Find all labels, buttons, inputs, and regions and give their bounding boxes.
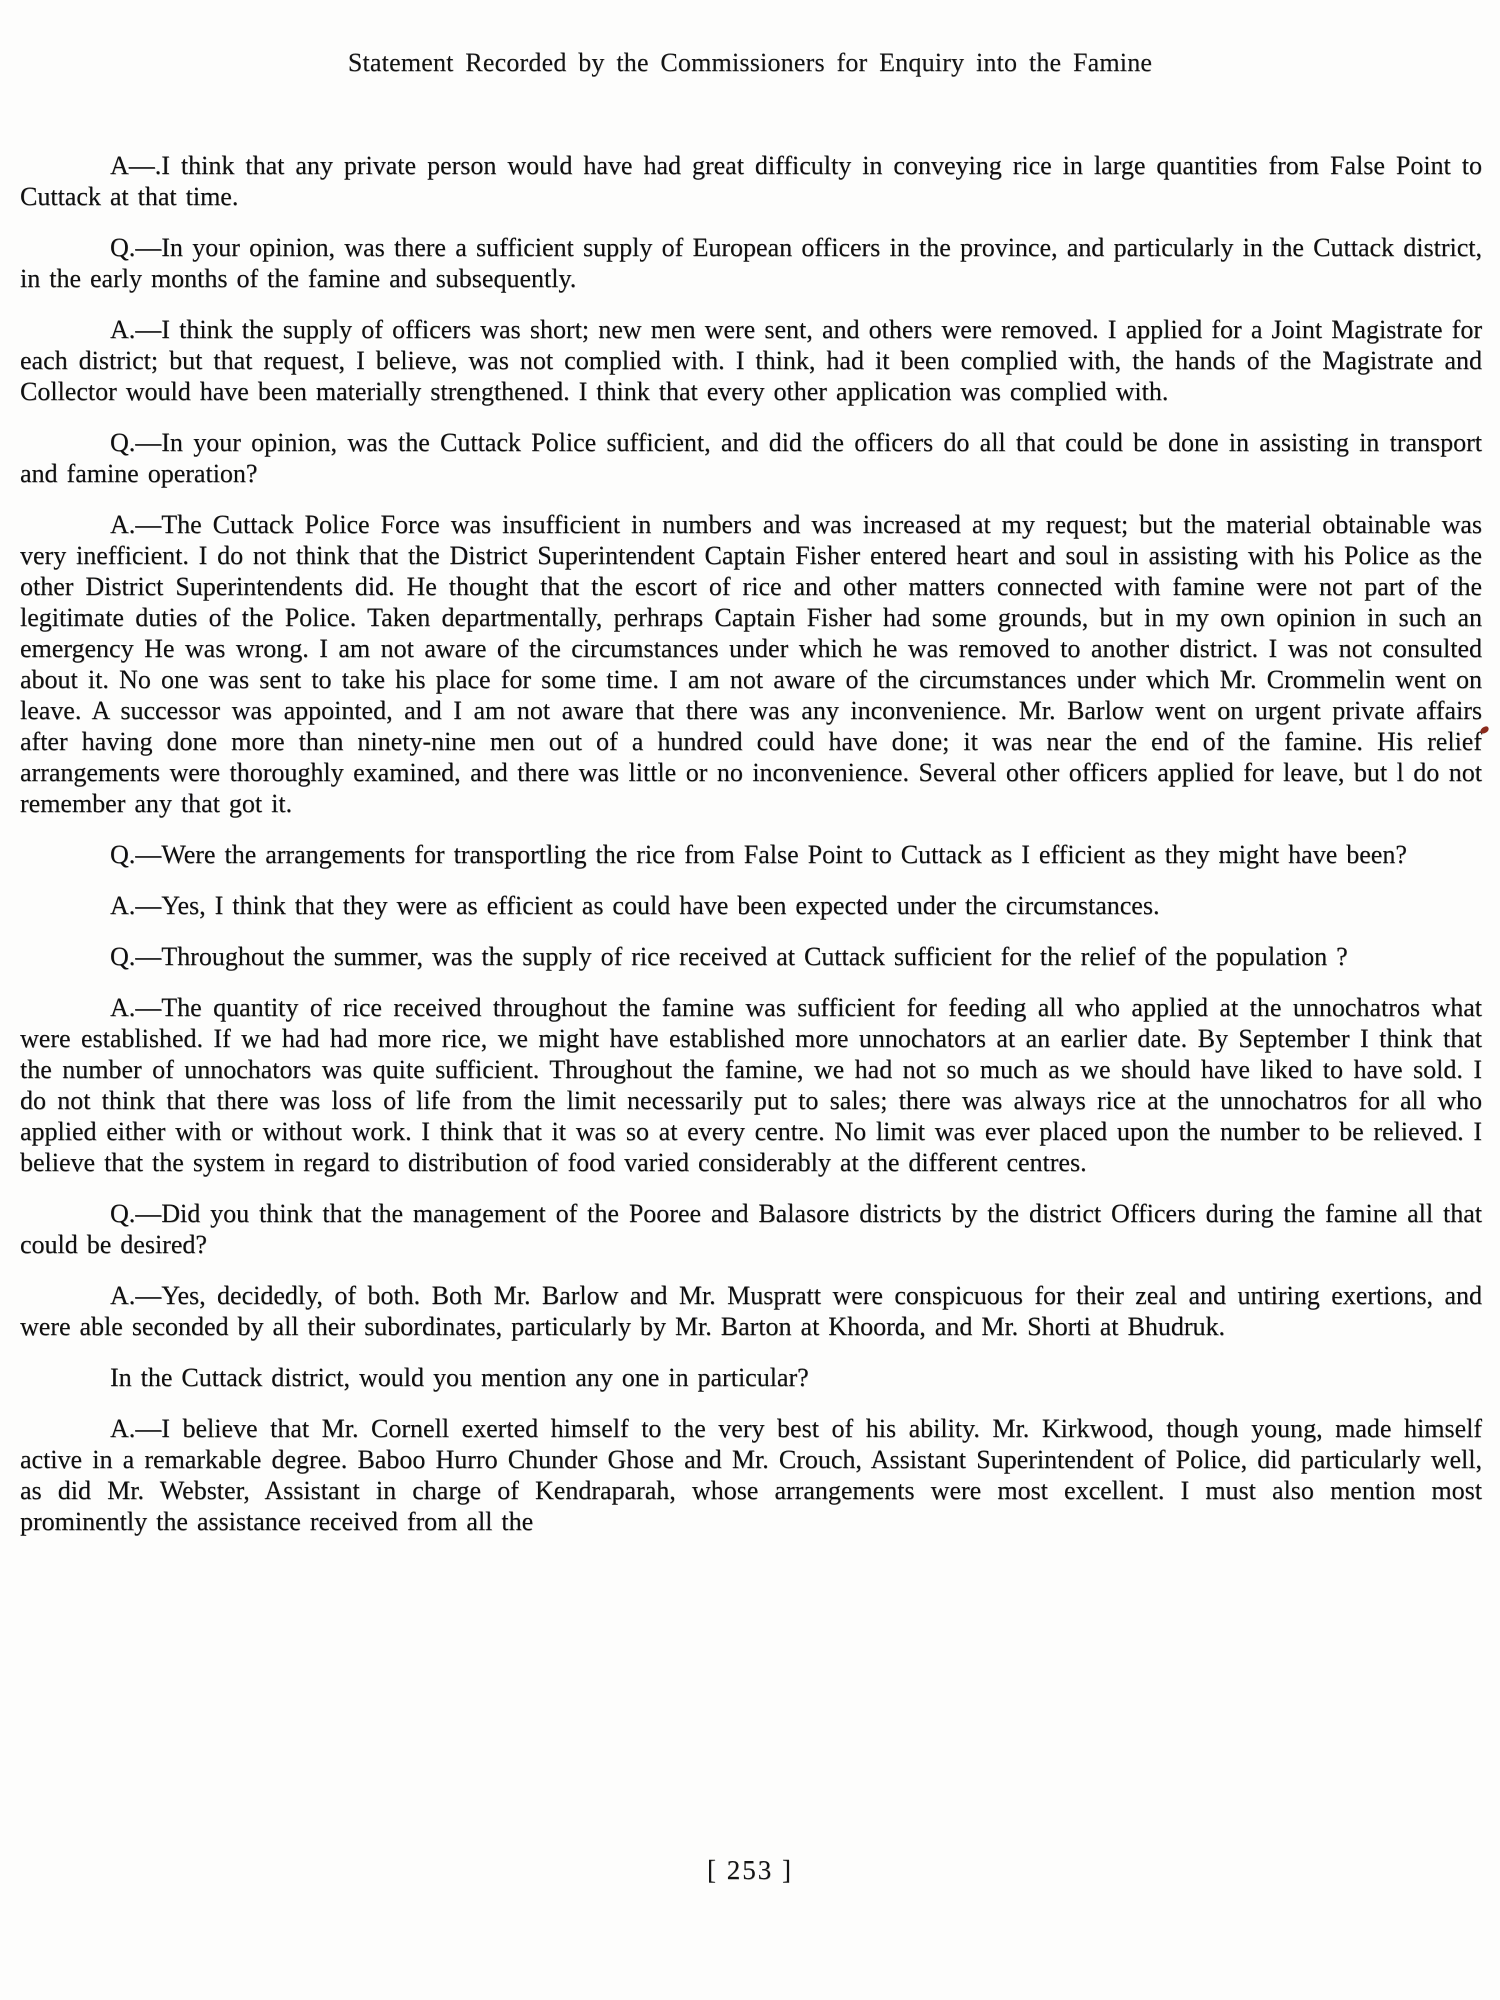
page-number: [ 253 ] — [0, 1855, 1500, 1886]
question-paragraph-1: Q.—In your opinion, was there a sufficie… — [20, 232, 1482, 294]
question-paragraph-3: Q.—Were the arrangements for transportli… — [20, 839, 1482, 870]
question-paragraph-2: Q.—In your opinion, was the Cuttack Poli… — [20, 427, 1482, 489]
question-paragraph-4: Q.—Throughout the summer, was the supply… — [20, 941, 1482, 972]
document-page: Statement Recorded by the Commissioners … — [0, 0, 1500, 2000]
answer-paragraph-7: A.—I believe that Mr. Cornell exerted hi… — [20, 1413, 1482, 1537]
answer-paragraph-3: A.—The Cuttack Police Force was insuffic… — [20, 509, 1482, 819]
answer-paragraph-6: A.—Yes, decidedly, of both. Both Mr. Bar… — [20, 1280, 1482, 1342]
page-title: Statement Recorded by the Commissioners … — [0, 48, 1500, 78]
document-body: A—.I think that any private person would… — [20, 150, 1482, 1557]
question-paragraph-6: In the Cuttack district, would you menti… — [20, 1362, 1482, 1393]
answer-paragraph-1: A—.I think that any private person would… — [20, 150, 1482, 212]
answer-paragraph-2: A.—I think the supply of officers was sh… — [20, 314, 1482, 407]
answer-paragraph-5: A.—The quantity of rice received through… — [20, 992, 1482, 1178]
question-paragraph-5: Q.—Did you think that the management of … — [20, 1198, 1482, 1260]
answer-paragraph-4: A.—Yes, I think that they were as effici… — [20, 890, 1482, 921]
